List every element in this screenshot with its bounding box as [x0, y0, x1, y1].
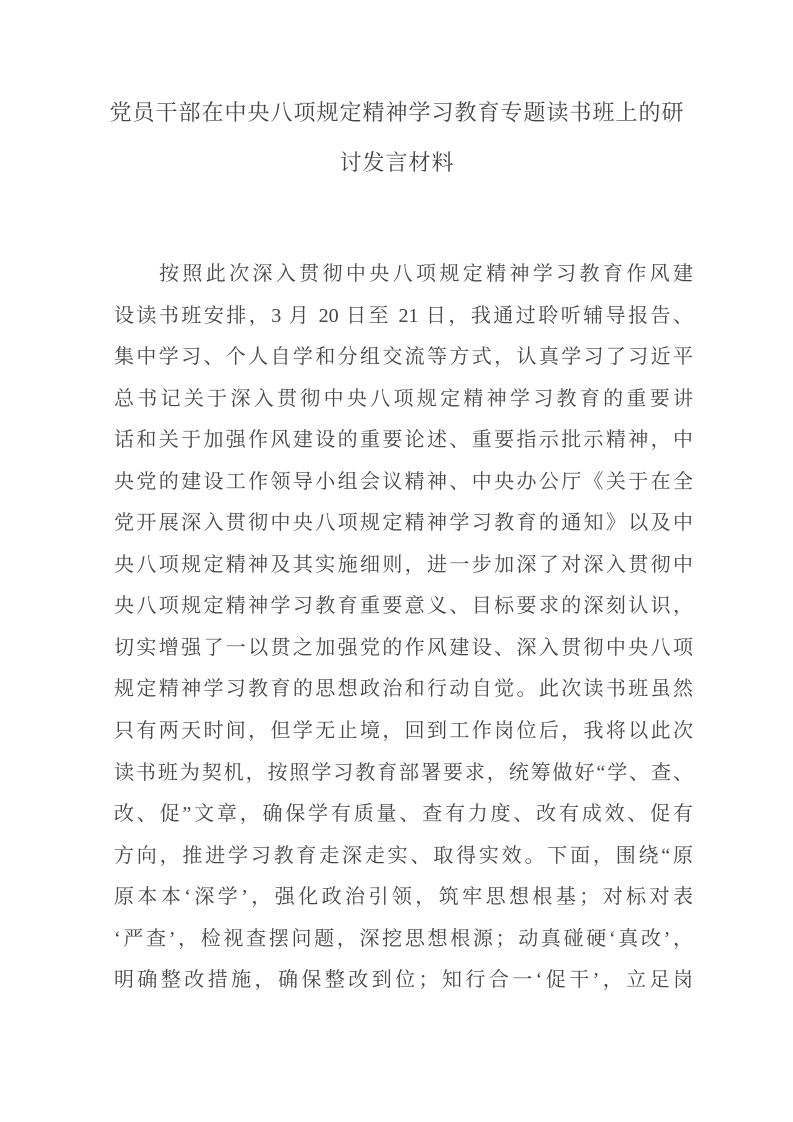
- document-body-line: 原本本‘深学’，强化政治引领，筑牢思想根基；对标对表: [114, 877, 693, 919]
- document-body-line: 央八项规定精神及其实施细则，进一步加深了对深入贯彻中: [114, 545, 693, 587]
- document-body-line: 改、促”文章，确保学有质量、查有力度、改有成效、促有: [114, 794, 693, 836]
- document-body-line: 央八项规定精神学习教育重要意义、目标要求的深刻认识，: [114, 586, 693, 628]
- document-body-line: 按照此次深入贯彻中央八项规定精神学习教育作风建: [114, 254, 693, 296]
- document-body-line: 读书班为契机，按照学习教育部署要求，统筹做好“学、查、: [114, 753, 693, 795]
- document-body-line: 设读书班安排，3 月 20 日至 21 日，我通过聆听辅导报告、: [114, 296, 693, 338]
- document-body-line: 党开展深入贯彻中央八项规定精神学习教育的通知》以及中: [114, 503, 693, 545]
- document-title-line: 讨发言材料: [108, 138, 686, 188]
- document-body-line: 央党的建设工作领导小组会议精神、中央办公厅《关于在全: [114, 462, 693, 504]
- document-body-line: 明确整改措施，确保整改到位；知行合一‘促干’，立足岗: [114, 960, 693, 1002]
- document-title-line: 党员干部在中央八项规定精神学习教育专题读书班上的研: [108, 88, 686, 138]
- document-body-line: 集中学习、个人自学和分组交流等方式，认真学习了习近平: [114, 337, 693, 379]
- document-body-line: 规定精神学习教育的思想政治和行动自觉。此次读书班虽然: [114, 669, 693, 711]
- document-body-line: 话和关于加强作风建设的重要论述、重要指示批示精神，中: [114, 420, 693, 462]
- document-title: 党员干部在中央八项规定精神学习教育专题读书班上的研讨发言材料: [108, 88, 686, 187]
- document-body-line: 只有两天时间，但学无止境，回到工作岗位后，我将以此次: [114, 711, 693, 753]
- document-page: 党员干部在中央八项规定精神学习教育专题读书班上的研讨发言材料 按照此次深入贯彻中…: [0, 0, 793, 1122]
- document-body-line: ‘严查’，检视查摆问题，深挖思想根源；动真碰硬‘真改’，: [114, 919, 693, 961]
- document-body-line: 方向，推进学习教育走深走实、取得实效。下面，围绕“原: [114, 836, 693, 878]
- document-body-line: 切实增强了一以贯之加强党的作风建设、深入贯彻中央八项: [114, 628, 693, 670]
- document-body-line: 总书记关于深入贯彻中央八项规定精神学习教育的重要讲: [114, 379, 693, 421]
- document-body: 按照此次深入贯彻中央八项规定精神学习教育作风建设读书班安排，3 月 20 日至 …: [114, 254, 693, 1002]
